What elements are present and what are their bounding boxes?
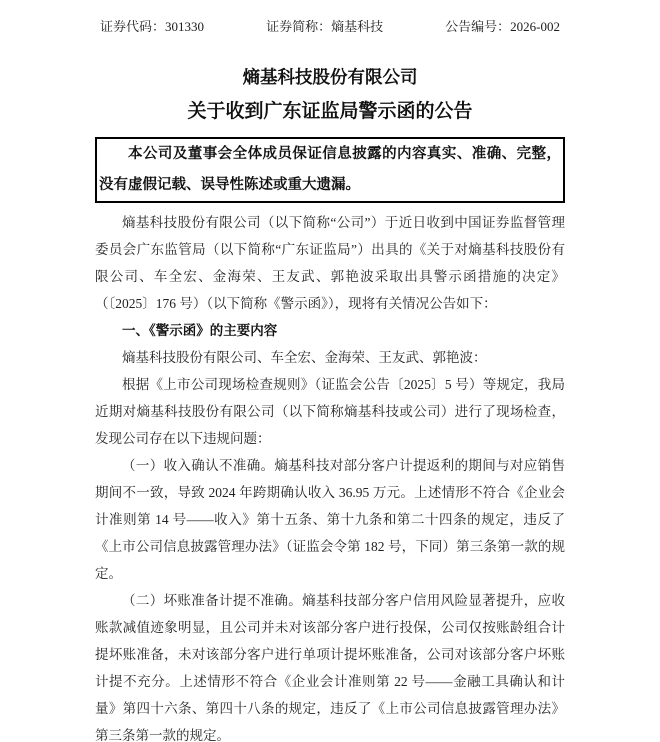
declaration-text: 本公司及董事会全体成员保证信息披露的内容真实、准确、完整，没有虚假记载、误导性陈… bbox=[99, 139, 561, 201]
salutation-line: 熵基科技股份有限公司、车全宏、金海荣、王友武、郭艳波： bbox=[95, 344, 565, 371]
stock-abbr: 证券简称：熵基科技 bbox=[266, 16, 383, 35]
company-title: 熵基科技股份有限公司 bbox=[0, 64, 660, 89]
violation-item-2: （二）坏账准备计提不准确。熵基科技部分客户信用风险显著提升，应收账款减值迹象明显… bbox=[95, 587, 565, 742]
securities-info-header: 证券代码：301330 证券简称：熵基科技 公告编号：2026-002 bbox=[100, 16, 560, 35]
announcement-page: 证券代码：301330 证券简称：熵基科技 公告编号：2026-002 熵基科技… bbox=[0, 0, 660, 742]
stock-code: 证券代码：301330 bbox=[100, 16, 204, 35]
declaration-box: 本公司及董事会全体成员保证信息披露的内容真实、准确、完整，没有虚假记载、误导性陈… bbox=[95, 137, 565, 203]
announcement-body: 熵基科技股份有限公司（以下简称“公司”）于近日收到中国证券监督管理委员会广东监管… bbox=[95, 209, 565, 742]
intro-paragraph: 熵基科技股份有限公司（以下简称“公司”）于近日收到中国证券监督管理委员会广东监管… bbox=[95, 209, 565, 317]
announcement-number: 公告编号：2026-002 bbox=[445, 16, 560, 35]
inspection-basis-paragraph: 根据《上市公司现场检查规则》（证监会公告〔2025〕5 号）等规定，我局近期对熵… bbox=[95, 371, 565, 452]
announcement-title: 关于收到广东证监局警示函的公告 bbox=[0, 96, 660, 123]
violation-item-1: （一）收入确认不准确。熵基科技对部分客户计提返利的期间与对应销售期间不一致，导致… bbox=[95, 452, 565, 587]
section1-heading: 一、《警示函》的主要内容 bbox=[95, 317, 565, 344]
